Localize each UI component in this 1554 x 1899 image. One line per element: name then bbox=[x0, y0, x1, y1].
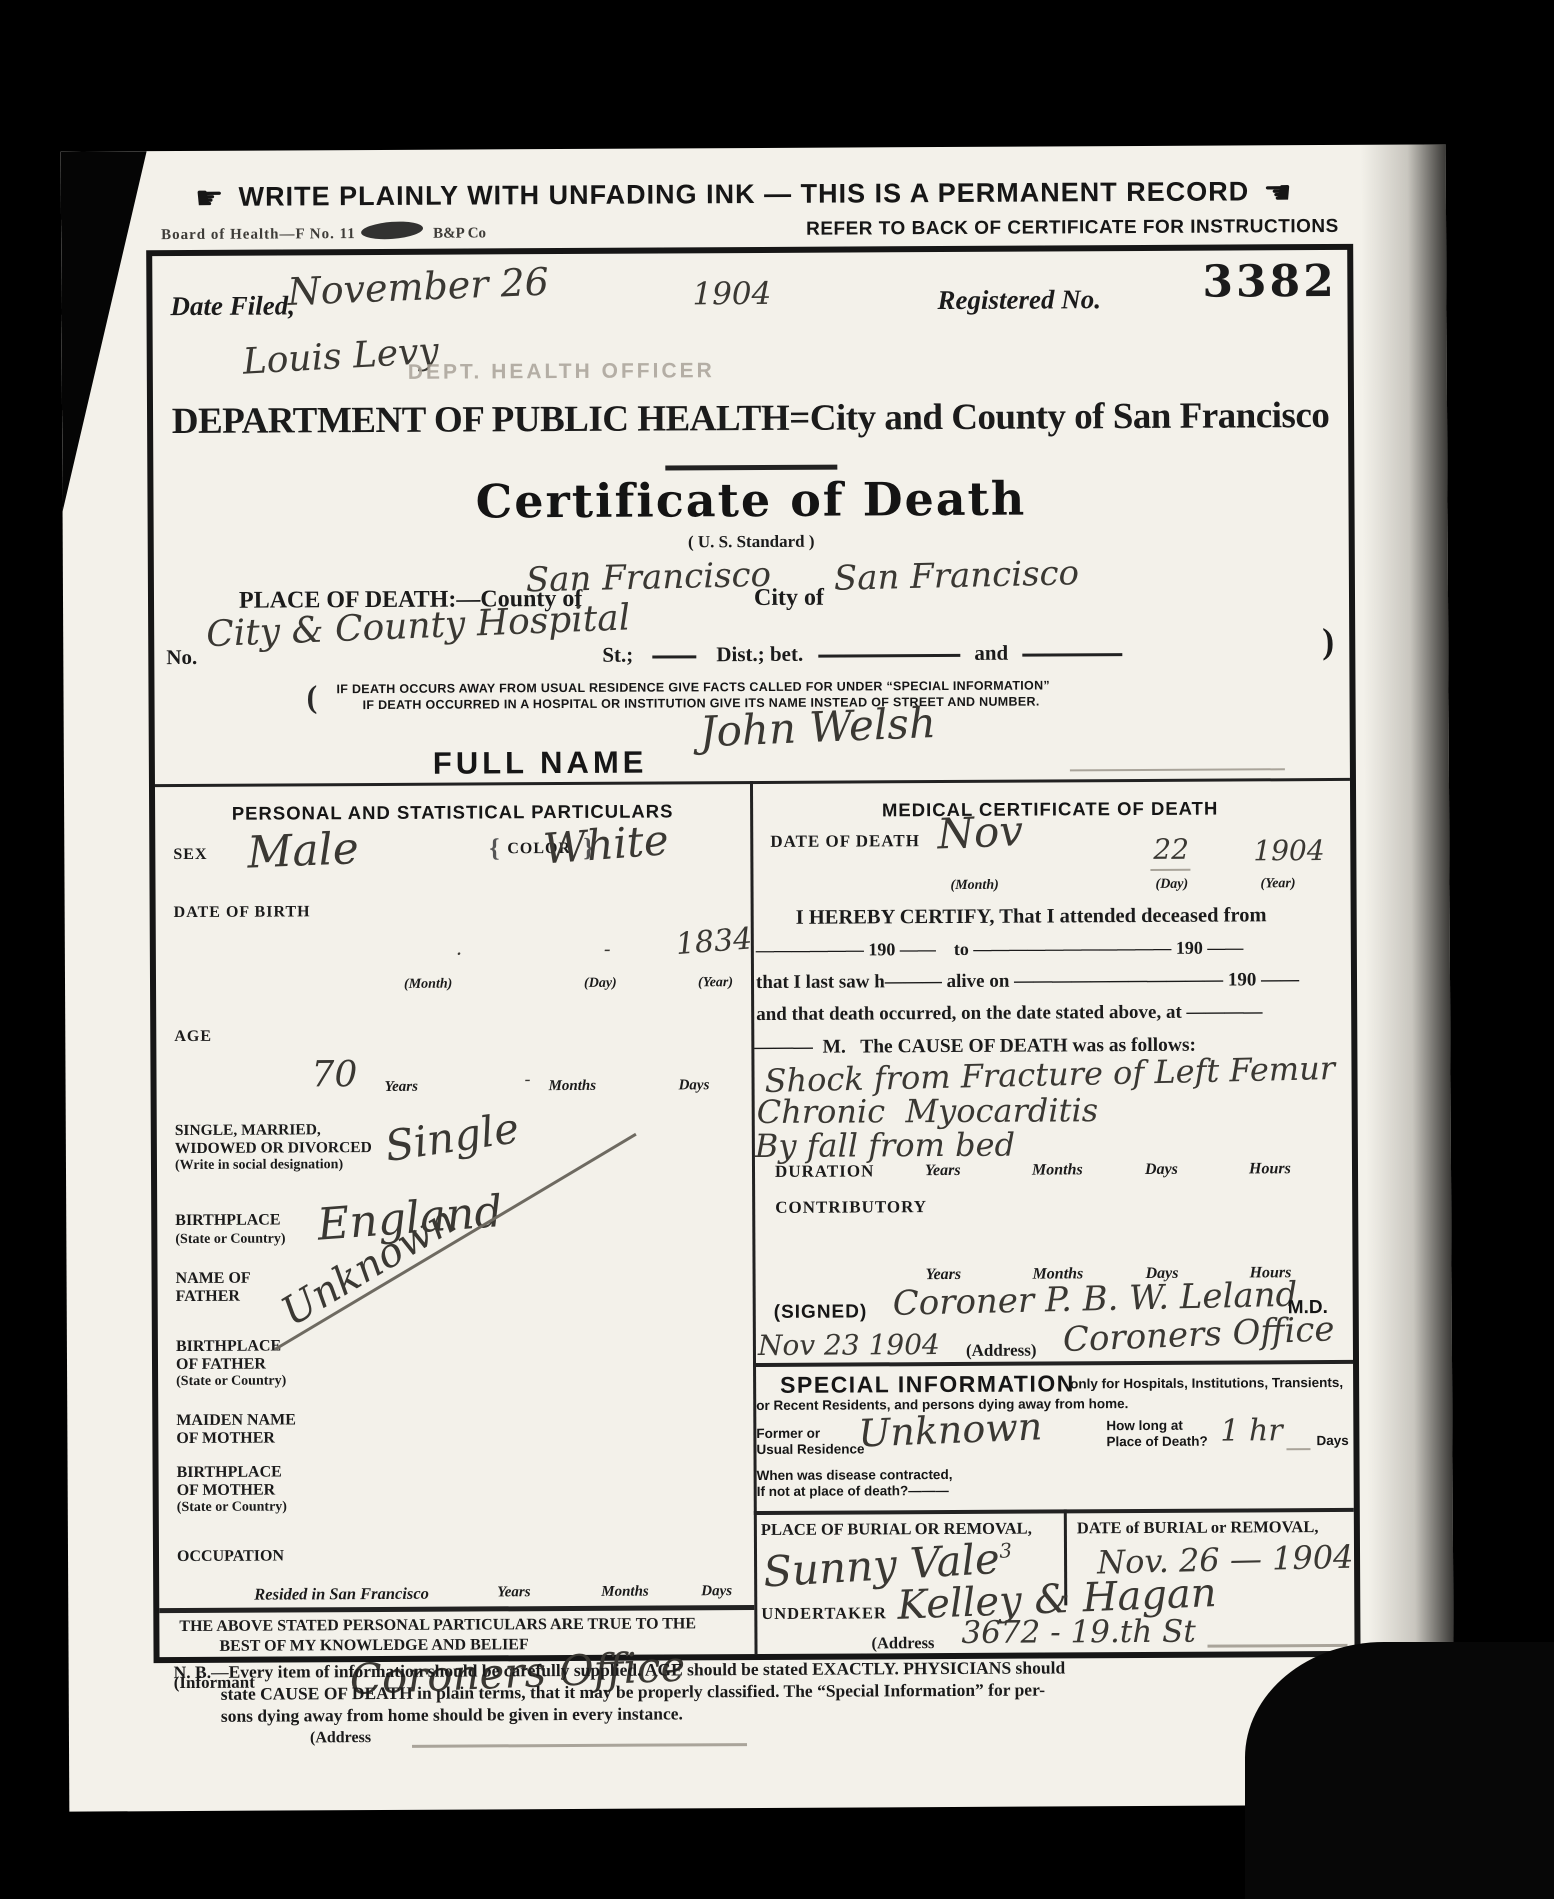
death-month-sublabel: (Month) bbox=[950, 878, 998, 894]
death-occurred-line: and that death occurred, on the date sta… bbox=[756, 1002, 1262, 1026]
certify-line2: —————— 190 —— to ——————————— 190 —— bbox=[756, 938, 1244, 960]
howlong-label-line1: How long at bbox=[1106, 1419, 1183, 1434]
undertaker-address-value: 3672 - 19.th St bbox=[961, 1615, 1196, 1650]
registered-no-value: 3382 bbox=[1202, 258, 1337, 307]
and-label: and bbox=[974, 642, 1008, 665]
scan-bottom-right-shadow bbox=[1245, 1642, 1554, 1899]
sex-value: Male bbox=[246, 825, 359, 878]
registered-no-label: Registered No. bbox=[937, 285, 1101, 316]
age-value: 70 bbox=[311, 1055, 357, 1095]
banner: ☛WRITE PLAINLY WITH UNFADING INK — THIS … bbox=[146, 175, 1342, 216]
age-days-sublabel: Days bbox=[679, 1077, 710, 1094]
clerk-stamp: DEPT. HEALTH OFFICER bbox=[408, 359, 715, 384]
signed-address-label: (Address) bbox=[966, 1342, 1037, 1361]
death-month-value: Nov bbox=[936, 808, 1024, 858]
death-day-sublabel: (Day) bbox=[1155, 877, 1188, 893]
dob-year-sublabel: (Year) bbox=[698, 975, 733, 991]
residence-note-paren: ( bbox=[306, 679, 317, 714]
attestation-line1: THE ABOVE STATED PERSONAL PARTICULARS AR… bbox=[179, 1615, 696, 1635]
howlong-dash-rule bbox=[1286, 1448, 1310, 1450]
dob-month-mark: · bbox=[456, 943, 462, 965]
duration2-years-label: Years bbox=[926, 1266, 962, 1284]
marital-label-line2: WIDOWED OR DIVORCED bbox=[175, 1139, 372, 1157]
footnote-line3: sons dying away from home should be give… bbox=[221, 1704, 683, 1726]
mother-birthplace-label-line1: BIRTHPLACE bbox=[177, 1463, 282, 1481]
special-info-note-line1: only for Hospitals, Institutions, Transi… bbox=[1070, 1376, 1343, 1392]
death-year-sublabel: (Year) bbox=[1260, 876, 1295, 892]
father-birthplace-label-line2: OF FATHER bbox=[176, 1356, 266, 1374]
birthplace-sublabel: (State or Country) bbox=[175, 1231, 285, 1247]
dob-month-sublabel: (Month) bbox=[404, 977, 452, 993]
signed-date-value: Nov 23 1904 bbox=[758, 1330, 940, 1362]
signed-address-value: Coroners Office bbox=[1062, 1311, 1335, 1359]
age-years-sublabel: Years bbox=[385, 1079, 418, 1096]
former-residence-label-line2: Usual Residence bbox=[756, 1442, 864, 1457]
resided-years-label: Years bbox=[497, 1584, 530, 1601]
duration-label: DURATION bbox=[775, 1162, 874, 1181]
former-residence-label-line1: Former or bbox=[756, 1427, 820, 1442]
father-name-label-line1: NAME OF bbox=[176, 1270, 251, 1288]
place-city-value: San Francisco bbox=[834, 555, 1080, 598]
contributory-label: CONTRIBUTORY bbox=[775, 1198, 927, 1217]
manicule-left-icon: ☛ bbox=[195, 179, 225, 217]
attestation-divider bbox=[159, 1605, 754, 1613]
date-of-death-label: DATE OF DEATH bbox=[770, 832, 920, 851]
burial-divider bbox=[754, 1508, 1354, 1515]
father-birthplace-label-line3: (State or Country) bbox=[176, 1373, 286, 1389]
certificate-page: ☛WRITE PLAINLY WITH UNFADING INK — THIS … bbox=[61, 144, 1455, 1811]
us-standard-subtitle: ( U. S. Standard ) bbox=[154, 530, 1349, 555]
sex-label: SEX bbox=[173, 846, 207, 864]
footnote-line1: N. B.—Every item of information should b… bbox=[174, 1658, 1066, 1682]
district-label: Dist.; bet. bbox=[716, 643, 803, 667]
former-residence-value: Unknown bbox=[858, 1406, 1043, 1455]
printer-stamp-mark bbox=[361, 220, 424, 242]
certify-line1: I HEREBY CERTIFY, That I attended deceas… bbox=[796, 904, 1267, 929]
date-filed-value: November 26 bbox=[287, 262, 550, 314]
resided-label: Resided in San Francisco bbox=[254, 1585, 429, 1604]
column-divider bbox=[750, 781, 758, 1654]
date-filed-label: Date Filed, bbox=[170, 291, 295, 321]
medical-section-header: MEDICAL CERTIFICATE OF DEATH bbox=[750, 798, 1350, 821]
title-rule bbox=[665, 465, 837, 471]
marital-label-line1: SINGLE, MARRIED, bbox=[175, 1121, 321, 1139]
marital-label-line3: (Write in social designation) bbox=[175, 1157, 343, 1173]
place-city-label: City of bbox=[754, 585, 824, 612]
certificate-border-box: Date Filed, November 26 1904 Registered … bbox=[146, 244, 1360, 1663]
no-label: No. bbox=[166, 646, 197, 669]
duration-days-label: Days bbox=[1145, 1161, 1178, 1179]
scan-corner-shadow bbox=[61, 151, 149, 511]
closing-paren: ) bbox=[1322, 622, 1334, 662]
duration-hours-label: Hours bbox=[1249, 1160, 1291, 1178]
resided-days-label: Days bbox=[701, 1583, 732, 1600]
undertaker-address-rule bbox=[1207, 1644, 1347, 1648]
disease-contracted-label-line1: When was disease contracted, bbox=[757, 1468, 953, 1484]
birthplace-label: BIRTHPLACE bbox=[175, 1212, 280, 1230]
cause-of-death-line3: By fall from bed bbox=[755, 1128, 1015, 1165]
howlong-value: 1 hr bbox=[1220, 1414, 1282, 1447]
date-of-birth-label: DATE OF BIRTH bbox=[174, 903, 311, 921]
full-name-label: FULL NAME bbox=[433, 746, 648, 781]
mother-birthplace-label-line3: (State or Country) bbox=[177, 1499, 287, 1515]
age-months-sublabel: Months bbox=[549, 1078, 597, 1095]
occupation-label-visible: OCCUPATION bbox=[177, 1547, 284, 1565]
street-label: St.; bbox=[602, 644, 633, 667]
age-label: AGE bbox=[174, 1028, 212, 1046]
and-blank-line bbox=[1022, 653, 1122, 657]
dob-day-mark: - bbox=[604, 938, 611, 960]
mother-birthplace-label-line2: OF MOTHER bbox=[177, 1482, 276, 1500]
burial-date-label: DATE of BURIAL or REMOVAL, bbox=[1077, 1518, 1319, 1537]
death-day-value: 22 bbox=[1153, 835, 1189, 866]
disease-contracted-label-line2: If not at place of death?——— bbox=[757, 1484, 949, 1500]
footnote-line2: state CAUSE OF DEATH in plain terms, tha… bbox=[221, 1681, 1045, 1705]
full-name-value: John Welsh bbox=[699, 700, 937, 756]
undertaker-label: UNDERTAKER bbox=[761, 1604, 887, 1623]
duration-years-label: Years bbox=[925, 1162, 961, 1180]
father-name-label-line2: FATHER bbox=[176, 1288, 240, 1306]
undertaker-address-label: (Address bbox=[871, 1634, 934, 1652]
street-blank-line bbox=[652, 655, 696, 658]
certificate-title: Certificate of Death bbox=[153, 472, 1348, 529]
resided-months-label: Months bbox=[601, 1584, 649, 1601]
plate-co-text: B&P Co bbox=[433, 225, 486, 242]
burial-place-superscript: 3 bbox=[999, 1538, 1013, 1563]
special-info-header: SPECIAL INFORMATION bbox=[780, 1371, 1075, 1398]
father-birthplace-label-line1: BIRTHPLACE bbox=[176, 1337, 281, 1355]
mother-maiden-label-line2: OF MOTHER bbox=[176, 1430, 275, 1448]
informant-address-label: (Address bbox=[310, 1729, 371, 1747]
color-brace-left: { bbox=[489, 834, 499, 863]
death-day-rule bbox=[1150, 869, 1190, 871]
full-name-rule bbox=[1070, 768, 1285, 771]
signed-label: (SIGNED) bbox=[774, 1302, 868, 1323]
banner-text: WRITE PLAINLY WITH UNFADING INK — THIS I… bbox=[239, 176, 1250, 211]
cause-of-death-line2: Chronic Myocarditis bbox=[757, 1093, 1099, 1130]
howlong-days-label: Days bbox=[1316, 1434, 1348, 1449]
place-county-value: San Francisco bbox=[526, 557, 772, 600]
age-months-mark: - bbox=[524, 1070, 530, 1090]
color-value: White bbox=[542, 817, 671, 872]
plate-left-text: Board of Health—F No. 11 bbox=[161, 226, 356, 244]
between-blank-line bbox=[818, 654, 960, 658]
dob-day-sublabel: (Day) bbox=[584, 976, 617, 992]
death-year-value: 1904 bbox=[1253, 836, 1324, 867]
howlong-label-line2: Place of Death? bbox=[1106, 1435, 1207, 1450]
mother-maiden-label-line1: MAIDEN NAME bbox=[176, 1411, 296, 1429]
informant-address-rule bbox=[412, 1743, 747, 1748]
refer-instructions: REFER TO BACK OF CERTIFICATE FOR INSTRUC… bbox=[806, 217, 1339, 241]
duration-months-label: Months bbox=[1032, 1161, 1083, 1179]
page-edge-shading bbox=[1361, 144, 1455, 1804]
department-title: DEPARTMENT OF PUBLIC HEALTH=City and Cou… bbox=[153, 396, 1348, 443]
dob-year-value: 1834 bbox=[675, 922, 754, 961]
date-filed-year: 1904 bbox=[692, 277, 771, 312]
manicule-right-icon: ☚ bbox=[1263, 173, 1293, 211]
last-saw-line: that I last saw h——— alive on ——————————… bbox=[756, 970, 1299, 994]
